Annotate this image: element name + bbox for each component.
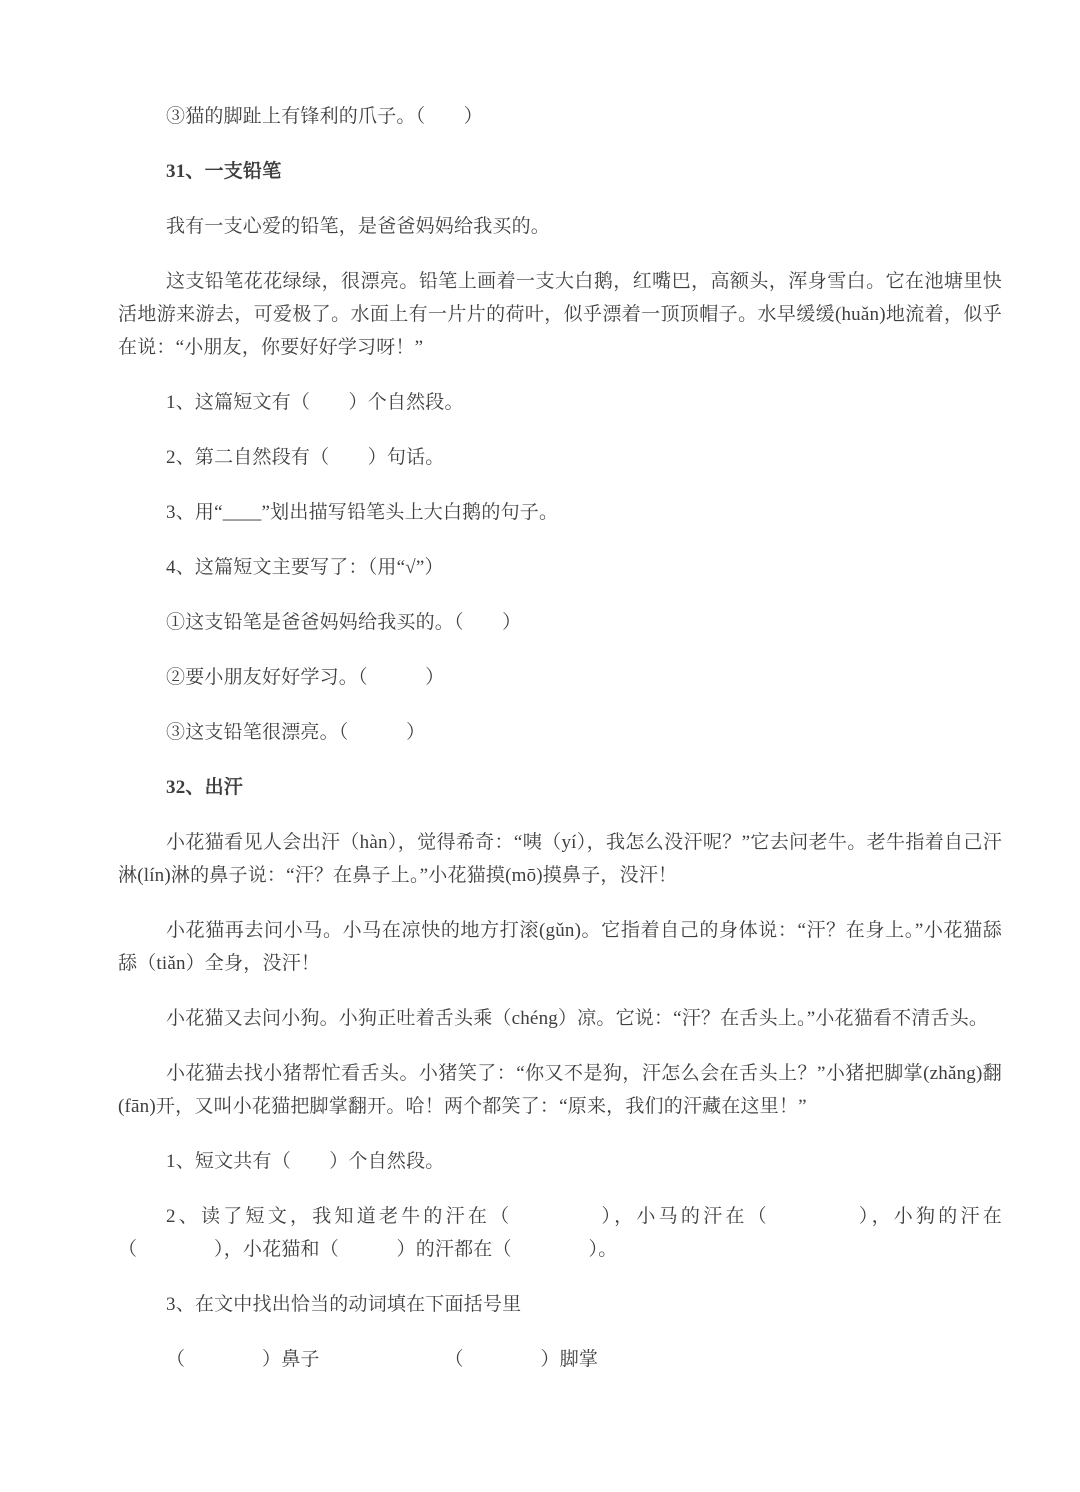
paragraph: 小花猫去找小猪帮忙看舌头。小猪笑了：“你又不是狗，汗怎么会在舌头上？”小猪把脚掌… (118, 1057, 1002, 1123)
option-line: ②要小朋友好好学习。（ ） (118, 661, 1002, 694)
question: 2、第二自然段有（ ）句话。 (118, 441, 1002, 474)
section-title: 32、出汗 (118, 771, 1002, 804)
question: 1、短文共有（ ）个自然段。 (118, 1145, 1002, 1178)
question: 1、这篇短文有（ ）个自然段。 (118, 386, 1002, 419)
document-page: ③猫的脚趾上有锋利的爪子。（ ）31、一支铅笔我有一支心爱的铅笔，是爸爸妈妈给我… (0, 0, 1080, 1492)
paragraph: 这支铅笔花花绿绿，很漂亮。铅笔上画着一支大白鹅，红嘴巴，高额头，浑身雪白。它在池… (118, 265, 1002, 364)
option-line: ③猫的脚趾上有锋利的爪子。（ ） (118, 100, 1002, 133)
question: 2、读了短文，我知道老牛的汗在（ ），小马的汗在（ ），小狗的汗在（ ），小花猫… (118, 1200, 1002, 1266)
fill-blank-line: （ ）鼻子 （ ）脚掌 (118, 1343, 1002, 1376)
paragraph: 小花猫又去问小狗。小狗正吐着舌头乘（chéng）凉。它说：“汗？在舌头上。”小花… (118, 1002, 1002, 1035)
paragraph: 小花猫看见人会出汗（hàn），觉得希奇：“咦（yí），我怎么没汗呢？”它去问老牛… (118, 826, 1002, 892)
paragraph: 我有一支心爱的铅笔，是爸爸妈妈给我买的。 (118, 210, 1002, 243)
option-line: ③这支铅笔很漂亮。（ ） (118, 716, 1002, 749)
section-title: 31、一支铅笔 (118, 155, 1002, 188)
question: 4、这篇短文主要写了：（用“√”） (118, 551, 1002, 584)
paragraph: 小花猫再去问小马。小马在凉快的地方打滚(gǔn)。它指着自己的身体说：“汗？在身… (118, 914, 1002, 980)
question: 3、在文中找出恰当的动词填在下面括号里 (118, 1288, 1002, 1321)
option-line: ①这支铅笔是爸爸妈妈给我买的。（ ） (118, 606, 1002, 639)
question: 3、用“____”划出描写铅笔头上大白鹅的句子。 (118, 496, 1002, 529)
